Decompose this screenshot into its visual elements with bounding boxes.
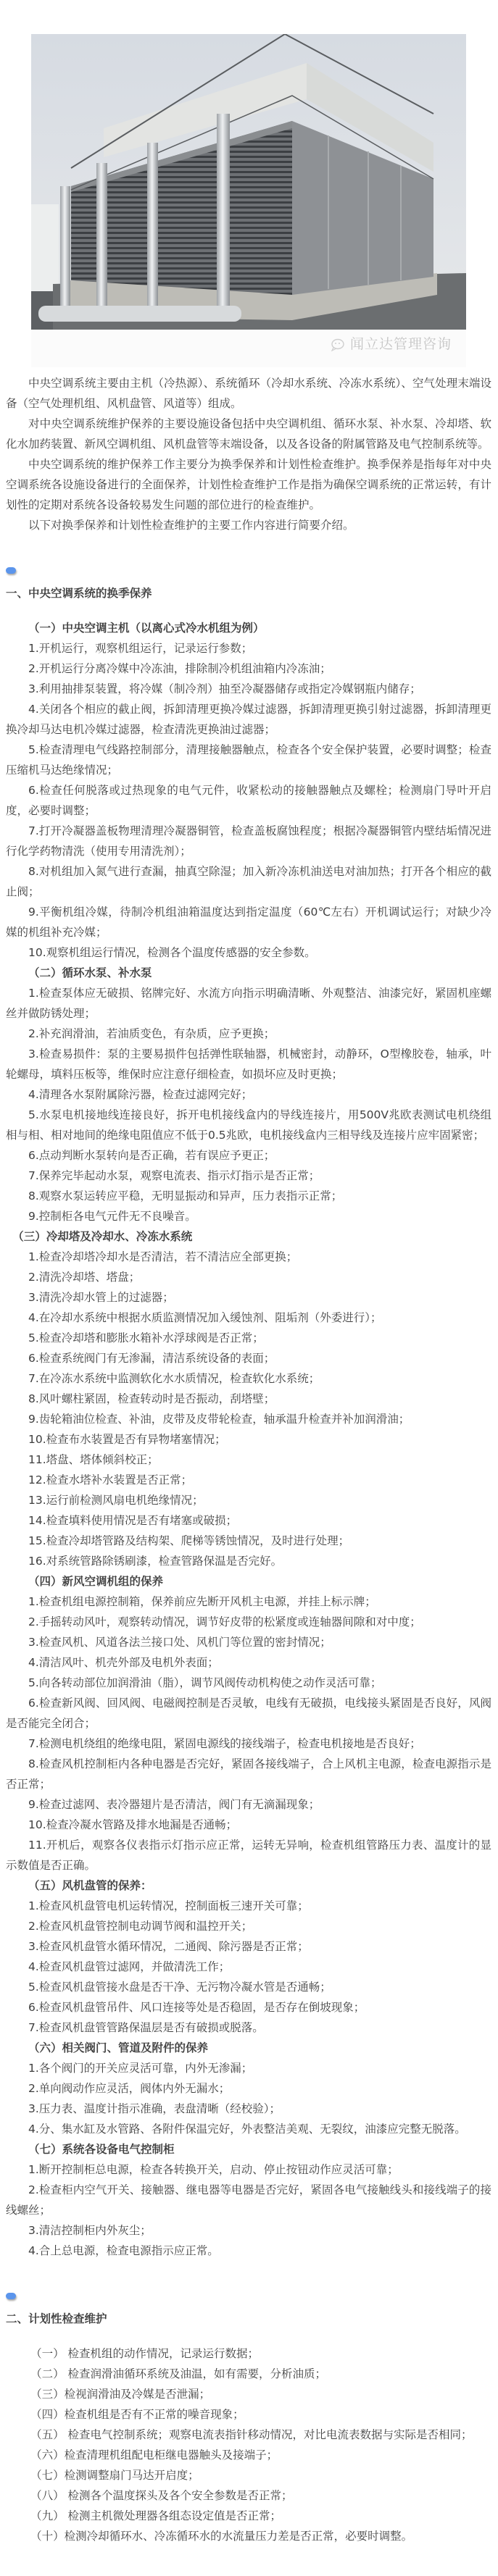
- list-item: 15.检查冷却塔管路及结构架、爬梯等锈蚀情况，及时进行处理；: [6, 1531, 491, 1551]
- list-item: 9.平衡机组冷媒，待制冷机组油箱温度达到指定温度（60℃左右）开机调试运行；对缺…: [6, 902, 491, 942]
- list-item: 7.检测电机绕组的绝缘电阻，紧固电源线的接线端子，检查电机接地是否良好；: [6, 1734, 491, 1754]
- list-item: （二） 检查润滑油循环系统及油温，如有需要，分析油质；: [6, 2364, 491, 2384]
- list-item: 8.检查风机控制柜内各种电器是否完好，紧固各接线端子，合上风机主电源，检查电源指…: [6, 1754, 491, 1794]
- section-title: 一、中央空调系统的换季保养: [6, 583, 491, 603]
- list-item: 3.利用抽排泵装置，将冷媒（制冷剂）抽至冷凝器储存或指定冷媒钢瓶内储存；: [6, 679, 491, 699]
- list-item: 1.各个阀门的开关应灵活可靠，内外无渗漏；: [6, 2058, 491, 2078]
- list-item: 3.检查易损件：泵的主要易损件包括弹性联轴器，机械密封，动静环，O型橡胶卷，轴承…: [6, 1044, 491, 1084]
- list-item: 3.检查风机盘管水循环情况，二通阀、除污器是否正常；: [6, 1936, 491, 1957]
- list-item: 4.分、集水缸及水管路、各附件保温完好，外表整洁美观、无裂纹，油漆应完整无脱落。: [6, 2119, 491, 2139]
- bullet-dot-icon: [6, 2293, 16, 2299]
- list-item: 5.检查风机盘管接水盘是否干净、无污物冷凝水管是否通畅；: [6, 1977, 491, 1997]
- watermark-text: 闻立达管理咨询: [350, 334, 452, 354]
- intro-paragraph: 以下对换季保养和计划性检查维护的主要工作内容进行简要介绍。: [6, 515, 491, 535]
- list-item: 5.检查冷却塔和膨胀水箱补水浮球阀是否正常；: [6, 1328, 491, 1348]
- list-item: 2.检查风机盘管控制电动调节阀和温控开关；: [6, 1916, 491, 1936]
- list-item: 6.点动判断水泵转向是否正确，若有误应予更正；: [6, 1145, 491, 1166]
- list-item: 5.水泵电机接地线连接良好，拆开电机接线盒内的导线连接片，用500V兆欧表测试电…: [6, 1105, 491, 1145]
- list-item: 4.合上总电源，检查电源指示应正常。: [6, 2241, 491, 2261]
- wechat-icon: [330, 337, 346, 351]
- list-item: 14.检查填料使用情况是否有堵塞或破损；: [6, 1510, 491, 1531]
- list-item: 1.开机运行，观察机组运行，记录运行参数；: [6, 638, 491, 658]
- list-item: 6.检查风机盘管吊件、风口连接等处是否稳固，是否存在倒坡现象；: [6, 1997, 491, 2017]
- list-item: 4.关闭各个相应的截止阀，拆卸清理更换冷媒过滤器，拆卸清理更换引射过滤器，拆卸清…: [6, 699, 491, 740]
- list-item: 10.检查布水装置是否有异物堵塞情况；: [6, 1429, 491, 1450]
- article: 闻立达管理咨询 中央空调系统主要由主机（冷热源）、系统循环（冷却水系统、冷冻水系…: [0, 34, 498, 2546]
- list-item: 11.塔盘、塔体倾斜校正；: [6, 1450, 491, 1470]
- list-item: 4.清洁风叶、机壳外部及电机外表面；: [6, 1652, 491, 1673]
- list-item: 3.清洗冷却水管上的过滤器；: [6, 1287, 491, 1308]
- list-item: （七）检测调整扇门马达开启度；: [6, 2465, 491, 2485]
- watermark: 闻立达管理咨询: [330, 335, 452, 354]
- section-divider: [6, 557, 491, 583]
- list-item: 7.检查风机盘管管路保温层是否有破损或脱落。: [6, 2017, 491, 2038]
- list-item: 4.清理各水泵附属除污器，检查过滤网完好；: [6, 1084, 491, 1105]
- list-item: 2.单向阀动作应灵活，阀体内外无漏水；: [6, 2078, 491, 2099]
- subsection-title: （六）相关阀门、管道及附件的保养: [6, 2038, 491, 2058]
- list-item: 16.对系统管路除锈刷漆，检查管路保温是否完好。: [6, 1551, 491, 1571]
- list-item: 4.检查风机盘管过滤网，并做清洗工作；: [6, 1957, 491, 1977]
- list-item: 1.检查机组电源控制箱，保养前应先断开风机主电源，并挂上标示牌；: [6, 1592, 491, 1612]
- intro-paragraph: 对中央空调系统维护保养的主要设施设备包括中央空调机组、循环水泵、补水泵、冷却塔、…: [6, 414, 491, 454]
- intro-paragraph: 中央空调系统主要由主机（冷热源）、系统循环（冷却水系统、冷冻水系统）、空气处理末…: [6, 373, 491, 414]
- subsection-title: （四）新风空调机组的保养: [6, 1571, 491, 1592]
- list-item: 10.检查冷凝水管路及排水地漏是否通畅；: [6, 1815, 491, 1835]
- article-body: 中央空调系统主要由主机（冷热源）、系统循环（冷却水系统、冷冻水系统）、空气处理末…: [6, 373, 491, 2546]
- cooling-tower-photo: [31, 34, 466, 330]
- list-item: 9.齿轮箱油位检查、补油，皮带及皮带轮检查，轴承温升检查并补加润滑油；: [6, 1409, 491, 1429]
- bullet-dot-icon: [6, 567, 16, 574]
- list-item: （五） 检查电气控制系统；观察电流表指针移动情况，对比电流表数据与实际是否相同；: [6, 2425, 491, 2445]
- list-item: 2.开机运行分离冷媒中冷冻油，排除制冷机组油箱内冷冻油；: [6, 658, 491, 679]
- subsection-title: （五）风机盘管的保养：: [6, 1875, 491, 1896]
- list-item: （十）检测冷却循环水、冷冻循环水的水流量压力差是否正常，必要时调整。: [6, 2526, 491, 2546]
- list-item: 1.检查泵体应无破损、铭牌完好、水流方向指示明确清晰、外观整洁、油漆完好，紧固机…: [6, 983, 491, 1024]
- list-item: （三）检视润滑油及冷媒是否泄漏；: [6, 2384, 491, 2404]
- list-item: （九） 检测主机微处理器各组态设定值是否正常；: [6, 2506, 491, 2526]
- subsection-title: （七）系统各设备电气控制柜: [6, 2139, 491, 2159]
- list-item: 2.补充润滑油，若油质变色，有杂质，应予更换；: [6, 1024, 491, 1044]
- list-item: 7.在冷冻水系统中监测软化水水质情况，检查软化水系统；: [6, 1368, 491, 1389]
- section-divider: [6, 2283, 491, 2309]
- list-item: 6.检查新风阀、回风阀、电磁阀控制是否灵敏，电线有无破损，电线接头紧固是否良好，…: [6, 1693, 491, 1734]
- list-item: 8.风叶螺柱紧固，检查转动时是否振动，刮塔壁；: [6, 1389, 491, 1409]
- list-item: （一） 检查机组的动作情况，记录运行数据；: [6, 2343, 491, 2364]
- list-item: 2.清洗冷却塔、塔盘；: [6, 1267, 491, 1287]
- list-item: 9.检查过滤网、表冷器翅片是否清洁，阀门有无滴漏现象；: [6, 1794, 491, 1815]
- subsection-title: （三）冷却塔及冷却水、冷冻水系统: [6, 1226, 491, 1247]
- list-item: 4.在冷却水系统中根据水质监测情况加入缓蚀剂、阻垢剂（外委进行）；: [6, 1308, 491, 1328]
- list-item: 8.观察水泵运转应平稳，无明显振动和异声，压力表指示正常；: [6, 1186, 491, 1206]
- list-item: 1.断开控制柜总电源，检查各转换开关，启动、停止按钮动作应灵活可靠；: [6, 2159, 491, 2180]
- list-item: 6.检查任何脱落或过热现象的电气元件，收紧松动的接触器触点及螺栓；检测扇门导叶开…: [6, 780, 491, 821]
- list-item: 13.运行前检测风扇电机绝缘情况；: [6, 1490, 491, 1510]
- subsection-title: （一）中央空调主机（以离心式冷水机组为例）: [6, 618, 491, 638]
- list-item: 3.压力表、温度计指示准确，表盘清晰（经校验）；: [6, 2099, 491, 2119]
- list-item: 11.开机后，观察各仪表指示灯指示应正常，运转无异响，检查机组管路压力表、温度计…: [6, 1835, 491, 1875]
- section-title: 二、计划性检查维护: [6, 2309, 491, 2329]
- list-item: 2.手摇转动风叶，观察转动情况，调节好皮带的松紧度或连轴器间隙和对中度；: [6, 1612, 491, 1632]
- list-item: 1.检查风机盘管电机运转情况，控制面板三速开关可靠；: [6, 1896, 491, 1916]
- list-item: 1.检查冷却塔冷却水是否清洁，若不清洁应全部更换；: [6, 1247, 491, 1267]
- list-item: （八） 检测各个温度探头及各个安全参数是否正常；: [6, 2485, 491, 2506]
- list-item: 3.检查风机、风道各法兰接口处、风机门等位置的密封情况；: [6, 1632, 491, 1652]
- list-item: 6.检查系统阀门有无渗漏，清洁系统设备的表面；: [6, 1348, 491, 1368]
- list-item: 12.检查水塔补水装置是否正常；: [6, 1470, 491, 1490]
- list-item: 8.对机组加入氮气进行查漏，抽真空除湿；加入新冷冻机油送电对油加热；打开各个相应…: [6, 861, 491, 902]
- list-item: （四）检查机组是否有不正常的噪音现象；: [6, 2404, 491, 2425]
- list-item: 3.清洁控制柜内外灰尘；: [6, 2220, 491, 2241]
- list-item: 7.保养完毕起动水泵，观察电流表、指示灯指示是否正常；: [6, 1166, 491, 1186]
- cooling-tower-figure: 闻立达管理咨询: [31, 34, 466, 367]
- list-item: （六）检查清理机组配电柜继电器触头及接端子；: [6, 2445, 491, 2465]
- subsection-title: （二）循环水泵、补水泵: [6, 963, 491, 983]
- list-item: 7.打开冷凝器盖板物理清理冷凝器铜管，检查盖板腐蚀程度；根据冷凝器铜管内壁结垢情…: [6, 821, 491, 861]
- list-item: 9.控制柜各电气元件无不良噪音。: [6, 1206, 491, 1226]
- list-item: 10.观察机组运行情况，检测各个温度传感器的安全参数。: [6, 942, 491, 963]
- list-item: 5.向各转动部位加润滑油（脂），调节风阀传动机构使之动作灵活可靠；: [6, 1673, 491, 1693]
- list-item: 2.检查柜内空气开关、接触器、继电器等电器是否完好，紧固各电气接触线头和接线端子…: [6, 2180, 491, 2220]
- intro-paragraph: 中央空调系统的维护保养工作主要分为换季保养和计划性检查维护。换季保养是指每年对中…: [6, 454, 491, 515]
- list-item: 5.检查清理电气线路控制部分，清理接触器触点，检查各个安全保护装置，必要时调整；…: [6, 740, 491, 780]
